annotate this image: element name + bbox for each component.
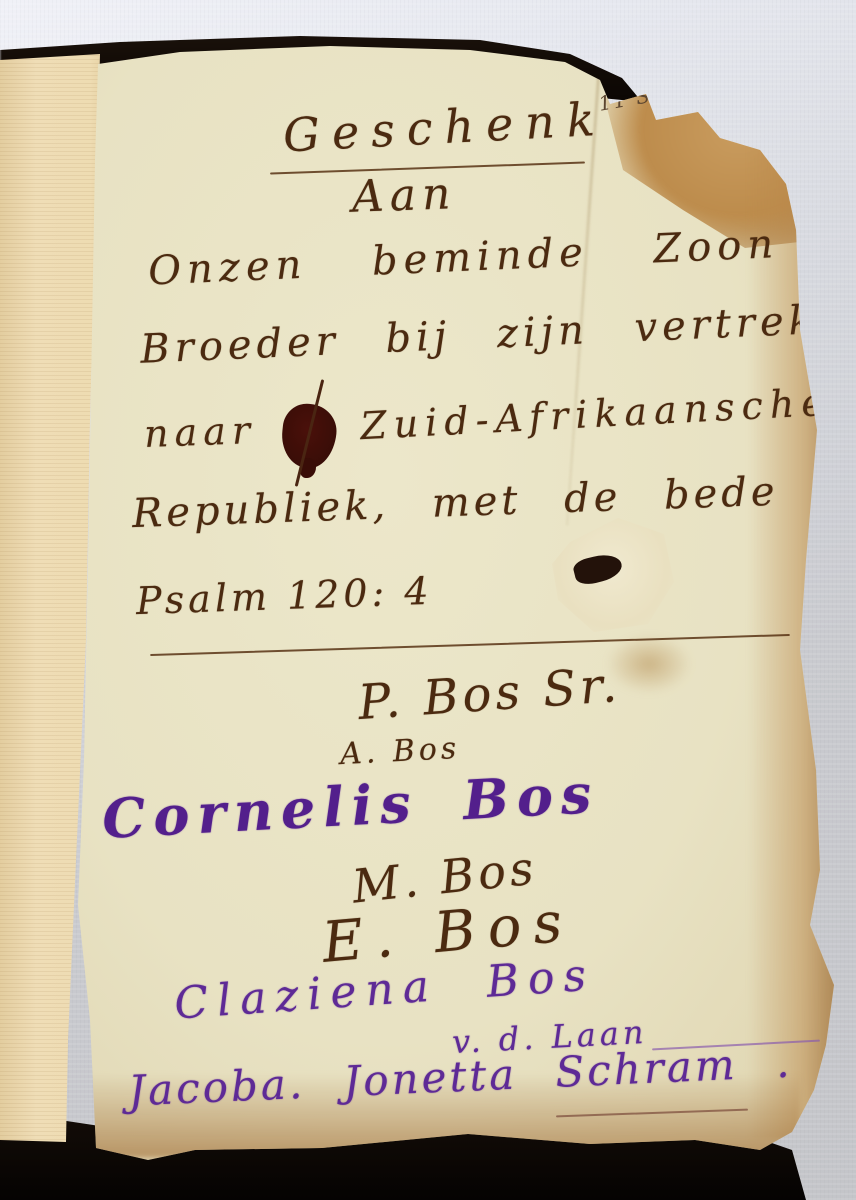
flyleaf-page: 11 Sept Geschenk Aan Onzen beminde Zoon … [0, 0, 856, 1200]
inscription-line-4: Republiek, met de bede uit [131, 465, 856, 537]
torn-hole [572, 551, 625, 588]
signature-a-bos: A. Bos [339, 731, 461, 772]
book-photo: 11 Sept Geschenk Aan Onzen beminde Zoon … [0, 0, 856, 1200]
inscription-line-psalm: Psalm 120: 4 [135, 569, 433, 623]
torn-paper-patch [548, 512, 676, 636]
ink-blot-tail [300, 458, 316, 478]
pen-stroke-through-blot [295, 379, 325, 486]
inscription-line-aan: Aan [351, 168, 457, 223]
inscription-line-3b: Zuid-Afrikaansche [359, 380, 832, 449]
divider-line [150, 634, 790, 656]
signature-p-bos: P. Bos Sr. [356, 657, 622, 731]
ink-blot [279, 401, 339, 470]
inscription-title: Geschenk [282, 92, 608, 163]
inscription-line-1: Onzen beminde Zoon en [147, 216, 856, 295]
schram-underline [556, 1109, 748, 1118]
inscription-line-2: Broeder bij zijn vertrek [139, 297, 819, 373]
inscription-line-3a: naar [143, 408, 256, 456]
signature-cornelis-bos: Cornelis Bos [101, 761, 601, 851]
